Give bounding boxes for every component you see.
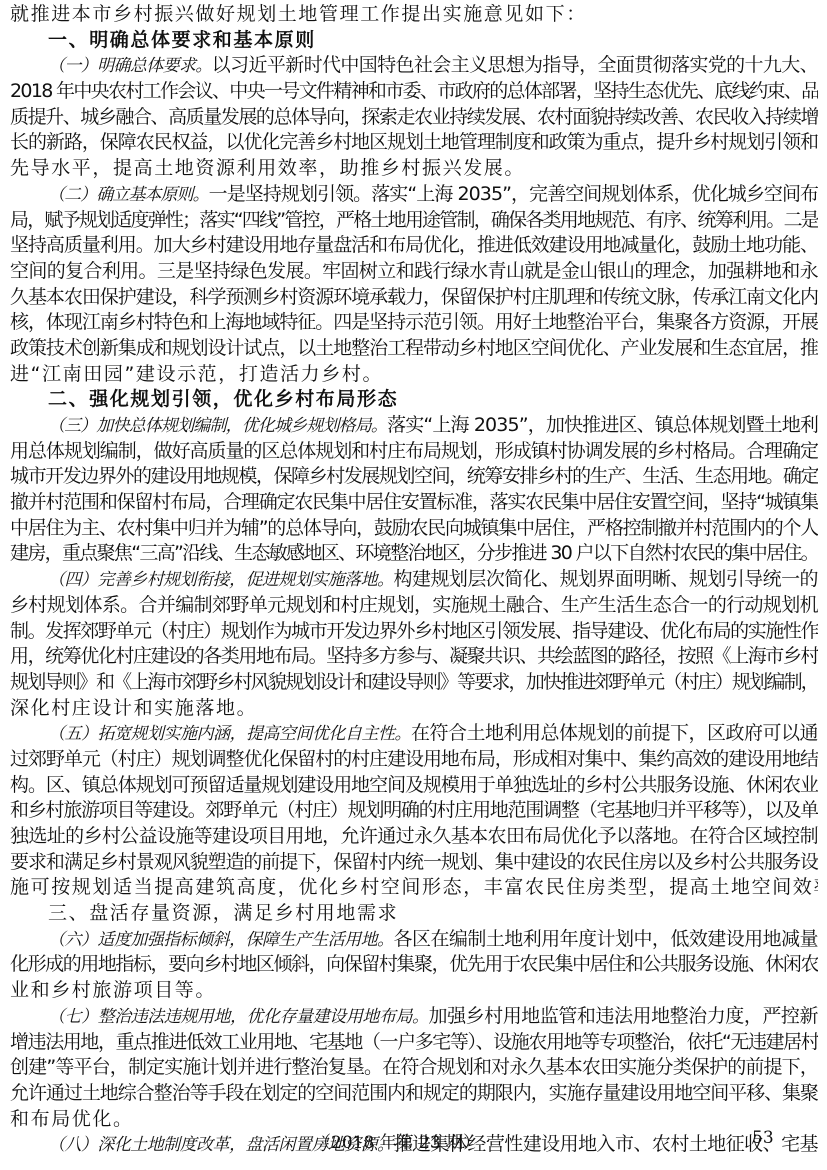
text-line: 化形成的用地指标，要向乡村地区倾斜，向保留村集聚，优先用于农民集中居住和公共服务…: [10, 952, 818, 978]
page-footer: （2018 年第 23 期） 53: [0, 1128, 827, 1154]
text-line: 乡村规划体系。合并编制郊野单元规划和村庄规划，实施规土融合、生产生活生态合一的行…: [10, 593, 818, 619]
section-heading: 一、明确总体要求和基本原则: [10, 28, 818, 54]
text-line: 建房，重点聚焦“三高”沿线、生态敏感地区、环境整治地区，分步推进 30 户以下自…: [10, 541, 818, 567]
text-line: 2018 年中央农村工作会议、中央一号文件精神和市委、市政府的总体部署，坚持生态…: [10, 79, 818, 105]
paragraph-text: 在符合土地利用总体规划的前提下，区政府可以通: [411, 722, 818, 744]
paragraph-text: 一是坚持规划引领。落实“上海 2035”，完善空间规划体系，优化城乡空间布: [209, 183, 818, 205]
text-line: 核，体现江南乡村特色和上海地域特征。四是坚持示范引领。用好土地整治平台，集聚各方…: [10, 310, 818, 336]
paragraph-runin-heading: （四）完善乡村规划衔接，促进规划实施落地。: [48, 570, 394, 590]
paragraph-first-line: （五）拓宽规划实施内涵，提高空间优化自主性。在符合土地利用总体规划的前提下，区政…: [10, 721, 818, 747]
text-line: 空间的复合利用。三是坚持绿色发展。牢固树立和践行绿水青山就是金山银山的理念，加强…: [10, 259, 818, 285]
paragraph-runin-heading: （五）拓宽规划实施内涵，提高空间优化自主性。: [48, 724, 411, 744]
paragraph-first-line: （一）明确总体要求。以习近平新时代中国特色社会主义思想为指导，全面贯彻落实党的十…: [10, 53, 818, 79]
paragraph-runin-heading: （六）适度加强指标倾斜，保障生产生活用地。: [48, 930, 394, 950]
text-line: 用，统筹优化村庄建设的各类用地布局。坚持多方参与、凝聚共识、共绘蓝图的路径，按照…: [10, 644, 818, 670]
paragraph-first-line: （三）加快总体规划编制，优化城乡规划格局。落实“上海 2035”，加快推进区、镇…: [10, 413, 818, 439]
text-line: 撤并村范围和保留村布局，合理确定农民集中居住安置标准，落实农民集中居住安置空间，…: [10, 490, 818, 516]
paragraph-first-line: （六）适度加强指标倾斜，保障生产生活用地。各区在编制土地利用年度计划中，低效建设…: [10, 927, 818, 953]
text-line: 创建”等平台，制定实施计划并进行整治复垦。在符合规划和对永久基本农田实施分类保护…: [10, 1055, 818, 1081]
text-line: 中居住为主、农村集中归并为辅”的总体导向，鼓励农民向城镇集中居住，严格控制撤并村…: [10, 516, 818, 542]
text-line: 允许通过土地综合整治等手段在划定的空间范围内和规定的期限内，实施存量建设用地空间…: [10, 1081, 818, 1107]
section-heading: 三、盘活存量资源，满足乡村用地需求: [10, 901, 818, 927]
text-line: 要求和满足乡村景观风貌塑造的前提下，保留村内统一规划、集中建设的农民住房以及乡村…: [10, 850, 818, 876]
paragraph-text: 以习近平新时代中国特色社会主义思想为指导，全面贯彻落实党的十九大、: [212, 54, 818, 76]
text-line: 制。发挥郊野单元（村庄）规划作为城市开发边界外乡村地区引领发展、指导建设、优化布…: [10, 619, 818, 645]
text-line: 局，赋予规划适度弹性；落实“四线”管控，严格土地用途管制，确保各类用地规范、有序…: [10, 208, 818, 234]
issue-label: （2018 年第 23 期）: [314, 1128, 480, 1153]
text-line: 就推进本市乡村振兴做好规划土地管理工作提出实施意见如下：: [10, 2, 818, 28]
paragraph-runin-heading: （三）加快总体规划编制，优化城乡规划格局。: [48, 416, 387, 436]
document-body: 就推进本市乡村振兴做好规划土地管理工作提出实施意见如下：一、明确总体要求和基本原…: [10, 2, 818, 1158]
paragraph-first-line: （七）整治违法违规用地，优化存量建设用地布局。加强乡村用地监管和违法用地整治力度…: [10, 1004, 818, 1030]
paragraph-text: 各区在编制土地利用年度计划中，低效建设用地减量: [394, 928, 818, 950]
text-line: 进“江南田园”建设示范，打造活力乡村。: [10, 362, 818, 388]
text-line: 施可按规划适当提高建筑高度，优化乡村空间形态，丰富农民住房类型，提高土地空间效率…: [10, 875, 818, 901]
text-line: 增违法用地，重点推进低效工业用地、宅基地（一户多宅等）、设施农用地等专项整治，依…: [10, 1030, 818, 1056]
text-line: 业和乡村旅游项目等。: [10, 978, 818, 1004]
paragraph-text: 构建规划层次简化、规划界面明晰、规划引导统一的: [394, 568, 818, 590]
section-heading: 二、强化规划引领，优化乡村布局形态: [10, 387, 818, 413]
text-line: 久基本农田保护建设，科学预测乡村资源环境承载力，保留保护村庄肌理和传统文脉，传承…: [10, 285, 818, 311]
paragraph-runin-heading: （七）整治违法违规用地，优化存量建设用地布局。: [48, 1007, 429, 1027]
text-line: 深化村庄设计和实施落地。: [10, 696, 818, 722]
text-line: 先导水平，提高土地资源利用效率，助推乡村振兴发展。: [10, 156, 818, 182]
text-line: 城市开发边界外的建设用地规模，保障乡村发展规划空间，统筹安排乡村的生产、生活、生…: [10, 464, 818, 490]
text-line: 长的新路，保障农民权益，以优化完善乡村地区规划土地管理制度和政策为重点，提升乡村…: [10, 130, 818, 156]
text-line: 规划导则》和《上海市郊野乡村风貌规划设计和建设导则》等要求，加快推进郊野单元（村…: [10, 670, 818, 696]
paragraph-first-line: （二）确立基本原则。一是坚持规划引领。落实“上海 2035”，完善空间规划体系，…: [10, 182, 818, 208]
page-number: 53: [752, 1128, 774, 1148]
text-line: 和乡村旅游项目等建设。郊野单元（村庄）规划明确的村庄用地范围调整（宅基地归并平移…: [10, 798, 818, 824]
paragraph-text: 加强乡村用地监管和违法用地整治力度，严控新: [429, 1005, 818, 1027]
text-line: 过郊野单元（村庄）规划调整优化保留村的村庄建设用地布局，形成相对集中、集约高效的…: [10, 747, 818, 773]
paragraph-runin-heading: （二）确立基本原则。: [48, 185, 209, 205]
paragraph-first-line: （四）完善乡村规划衔接，促进规划实施落地。构建规划层次简化、规划界面明晰、规划引…: [10, 567, 818, 593]
paragraph-text: 落实“上海 2035”，加快推进区、镇总体规划暨土地利: [387, 414, 818, 436]
paragraph-runin-heading: （一）明确总体要求。: [48, 56, 212, 76]
text-line: 质提升、城乡融合、高质量发展的总体导向，探索走农业持续发展、农村面貌持续改善、农…: [10, 105, 818, 131]
text-line: 用总体规划编制，做好高质量的区总体规划和村庄布局规划，形成镇村协调发展的乡村格局…: [10, 439, 818, 465]
text-line: 政策技术创新集成和规划设计试点，以土地整治工程带动乡村地区空间优化、产业发展和生…: [10, 336, 818, 362]
text-line: 构。区、镇总体规划可预留适量规划建设用地空间及规模用于单独选址的乡村公共服务设施…: [10, 773, 818, 799]
text-line: 独选址的乡村公益设施等建设项目用地，允许通过永久基本农田布局优化予以落地。在符合…: [10, 824, 818, 850]
text-line: 坚持高质量利用。加大乡村建设用地存量盘活和布局优化，推进低效建设用地减量化，鼓励…: [10, 233, 818, 259]
